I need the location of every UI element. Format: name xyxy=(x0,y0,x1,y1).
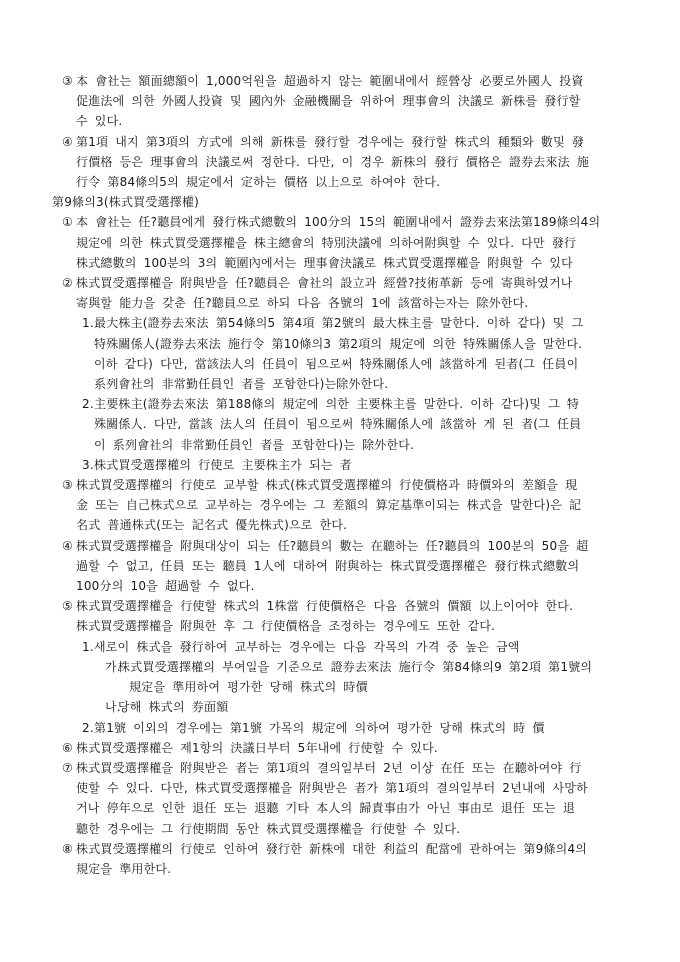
item-marker: ④ xyxy=(62,536,73,556)
item-marker: 1. xyxy=(82,313,94,333)
document-line: 株式買受選擇權을 行使할 株式의 1株當 行使價格은 다음 各號의 價額 以上이… xyxy=(76,596,680,616)
document-line: 第1號 이외의 경우에는 第1號 가목의 規定에 의하여 평가한 당해 株式의 … xyxy=(94,718,680,738)
document-line: 使할 수 있다. 다만, 株式買受選擇權을 附與받은 者가 第1項의 결의일부터… xyxy=(76,778,680,798)
article-9-3-item-2: ②株式買受選擇權을 附與받을 任?聽員은 會社의 設立과 經營?技術革新 등에 … xyxy=(0,273,680,313)
document-line: 規定을 準用한다. xyxy=(76,859,680,879)
article-9-3-item-3: ③株式買受選擇權의 行使로 교부할 株式(株式買受選擇權의 行使價格과 時價와의… xyxy=(0,475,680,536)
item-marker: ③ xyxy=(62,475,73,495)
document-line: 本 會社는 額面總額이 1,000억원을 超過하지 않는 範圍내에서 經營상 必… xyxy=(76,71,680,91)
document-line: 株式買受選擇權을 附與한 후 그 行使價格을 조정하는 경우에도 또한 같다. xyxy=(76,616,680,636)
document-line: 株式買受選擇權의 부여일을 기준으로 證券去來法 施行令 第84條의9 第2項 … xyxy=(118,657,680,677)
prev-article-item-4: ④第1項 내지 第3項의 方式에 의해 新株를 發行할 경우에는 發行할 株式의… xyxy=(0,132,680,193)
item-marker: 2. xyxy=(82,394,94,414)
document-line: 寄與할 能力을 갖춘 任?聽員으로 하되 다음 各號의 1에 該當하는자는 除外… xyxy=(76,293,680,313)
document-line: 株式買受選擇權의 行使로 主要株主가 되는 者 xyxy=(94,455,680,475)
item-marker: 2. xyxy=(82,718,94,738)
article-9-3-item-8: ⑧株式買受選擇權의 行使로 인하여 發行한 新株에 대한 利益의 配當에 관하여… xyxy=(0,839,680,879)
item-marker: 가. xyxy=(105,657,121,677)
document-line: 거나 停年으로 인한 退任 또는 退聽 기타 本人의 歸責事由가 아닌 事由로 … xyxy=(76,798,680,818)
item-marker: ① xyxy=(62,212,73,232)
document-line: 系列會社의 非常勤任員인 者를 포함한다)는除外한다. xyxy=(94,374,680,394)
document-line: 당해 株式의 券面額 xyxy=(118,697,680,717)
item-marker: ④ xyxy=(62,132,73,152)
document-line: 規定에 의한 株式買受選擇權을 株主總會의 特別決議에 의하여附與할 수 있다.… xyxy=(76,233,680,253)
document-line: 株式買受選擇權의 行使로 교부할 株式(株式買受選擇權의 行使價格과 時價와의 … xyxy=(76,475,680,495)
item-marker: 1. xyxy=(82,637,94,657)
article-9-3-item-5: ⑤株式買受選擇權을 行使할 株式의 1株當 行使價格은 다음 各號의 價額 以上… xyxy=(0,596,680,636)
article-9-3-item-4: ④株式買受選擇權을 附與대상이 되는 任?聽員의 數는 在聽하는 任?聽員의 1… xyxy=(0,536,680,597)
item-marker: ② xyxy=(62,273,73,293)
item-2-sub-2: 2.主要株主(證券去來法 第188條의 規定에 의한 主要株主를 말한다. 이하… xyxy=(0,394,680,455)
item-5-sub-1: 1.새로이 株式을 發行하여 교부하는 경우에는 다음 각목의 가격 중 높은 … xyxy=(0,637,680,657)
item-5-sub-1-ga: 가.株式買受選擇權의 부여일을 기준으로 證券去來法 施行令 第84條의9 第2… xyxy=(0,657,680,697)
document-line: 株式買受選擇權을 附與받을 任?聽員은 會社의 設立과 經營?技術革新 등에 寄… xyxy=(76,273,680,293)
document-line: 主要株主(證券去來法 第188條의 規定에 의한 主要株主를 말한다. 이하 같… xyxy=(94,394,680,414)
document-page: ③本 會社는 額面總額이 1,000억원을 超過하지 않는 範圍내에서 經營상 … xyxy=(0,0,680,879)
document-line: 株式買受選擇權의 行使로 인하여 發行한 新株에 대한 利益의 配當에 관하여는… xyxy=(76,839,680,859)
item-5-sub-2: 2.第1號 이외의 경우에는 第1號 가목의 規定에 의하여 평가한 당해 株式… xyxy=(0,718,680,738)
document-line: 行令 第84條의5의 規定에서 定하는 價格 以上으로 하여야 한다. xyxy=(76,172,680,192)
item-2-sub-1: 1.最大株主(證券去來法 第54條의5 第4項 第2號의 最大株主를 말한다. … xyxy=(0,313,680,394)
document-line: 金 또는 自己株式으로 교부하는 경우에는 그 差額의 算定基準이되는 株式을 … xyxy=(76,495,680,515)
item-2-sub-3: 3.株式買受選擇權의 行使로 主要株主가 되는 者 xyxy=(0,455,680,475)
document-line: 수 있다. xyxy=(76,111,680,131)
document-line: 株式買受選擇權을 附與대상이 되는 任?聽員의 數는 在聽하는 任?聽員의 10… xyxy=(76,536,680,556)
document-line: 促進法에 의한 外國人投資 및 國內外 金融機關을 위하여 理事會의 決議로 新… xyxy=(76,91,680,111)
document-line: 株式總數의 100분의 3의 範圍內에서는 理事會決議로 株式買受選擇權을 附與… xyxy=(76,253,680,273)
document-line: 이 系列會社의 非常勤任員인 者를 포함한다)는 除外한다. xyxy=(94,435,680,455)
document-line: 最大株主(證券去來法 第54條의5 第4項 第2號의 最大株主를 말한다. 이하… xyxy=(94,313,680,333)
document-line: 特殊關係人(證券去來法 施行令 第10條의3 第2項의 規定에 의한 特殊關係人… xyxy=(94,334,680,354)
document-line: 第1項 내지 第3項의 方式에 의해 新株를 發行할 경우에는 發行할 株式의 … xyxy=(76,132,680,152)
document-line: 株式買受選擇權은 제1항의 決議日부터 5年내에 行使할 수 있다. xyxy=(76,738,680,758)
prev-article-item-3: ③本 會社는 額面總額이 1,000억원을 超過하지 않는 範圍내에서 經營상 … xyxy=(0,71,680,132)
document-line: 새로이 株式을 發行하여 교부하는 경우에는 다음 각목의 가격 중 높은 금액 xyxy=(94,637,680,657)
item-marker: ③ xyxy=(62,71,73,91)
article-9-3-item-6: ⑥株式買受選擇權은 제1항의 決議日부터 5年내에 行使할 수 있다. xyxy=(0,738,680,758)
document-line: 100分의 10을 超過할 수 없다. xyxy=(76,576,680,596)
document-body: ③本 會社는 額面總額이 1,000억원을 超過하지 않는 範圍내에서 經營상 … xyxy=(0,71,680,879)
item-marker: ⑤ xyxy=(62,596,73,616)
document-line: 이하 같다) 다만, 當該法人의 任員이 됨으로써 特殊關係人에 該當하게 된者… xyxy=(94,354,680,374)
document-line: 第9條의3(株式買受選擇權) xyxy=(52,192,680,212)
article-9-3-item-7: ⑦株式買受選擇權을 附與받은 者는 第1項의 결의일부터 2년 이상 在任 또는… xyxy=(0,758,680,839)
item-5-sub-1-na: 나.당해 株式의 券面額 xyxy=(0,697,680,717)
item-marker: ⑥ xyxy=(62,738,73,758)
item-marker: ⑧ xyxy=(62,839,73,859)
document-line: 過할 수 없고, 任員 또는 聽員 1人에 대하여 附與하는 株式買受選擇權은 … xyxy=(76,556,680,576)
document-line: 聽한 경우에는 그 行使期間 동안 株式買受選擇權을 行使할 수 있다. xyxy=(76,819,680,839)
document-line: 株式買受選擇權을 附與받은 者는 第1項의 결의일부터 2년 이상 在任 또는 … xyxy=(76,758,680,778)
document-line: 行價格 등은 理事會의 決議로써 정한다. 다만, 이 경우 新株의 發行 價格… xyxy=(76,152,680,172)
item-marker: 나. xyxy=(105,697,121,717)
item-marker: ⑦ xyxy=(62,758,73,778)
article-9-3-heading: 第9條의3(株式買受選擇權) xyxy=(0,192,680,212)
item-marker: 3. xyxy=(82,455,94,475)
document-line: 本 會社는 任?聽員에게 發行株式總數의 100分의 15의 範圍내에서 證券去… xyxy=(76,212,680,232)
document-line: 規定을 準用하여 평가한 당해 株式의 時價 xyxy=(129,677,680,697)
document-line: 名式 普通株式(또는 記名式 優先株式)으로 한다. xyxy=(76,515,680,535)
document-line: 殊關係人. 다만, 當該 法人의 任員이 됨으로써 特殊關係人에 該當하 게 된… xyxy=(94,414,680,434)
article-9-3-item-1: ①本 會社는 任?聽員에게 發行株式總數의 100分의 15의 範圍내에서 證券… xyxy=(0,212,680,273)
